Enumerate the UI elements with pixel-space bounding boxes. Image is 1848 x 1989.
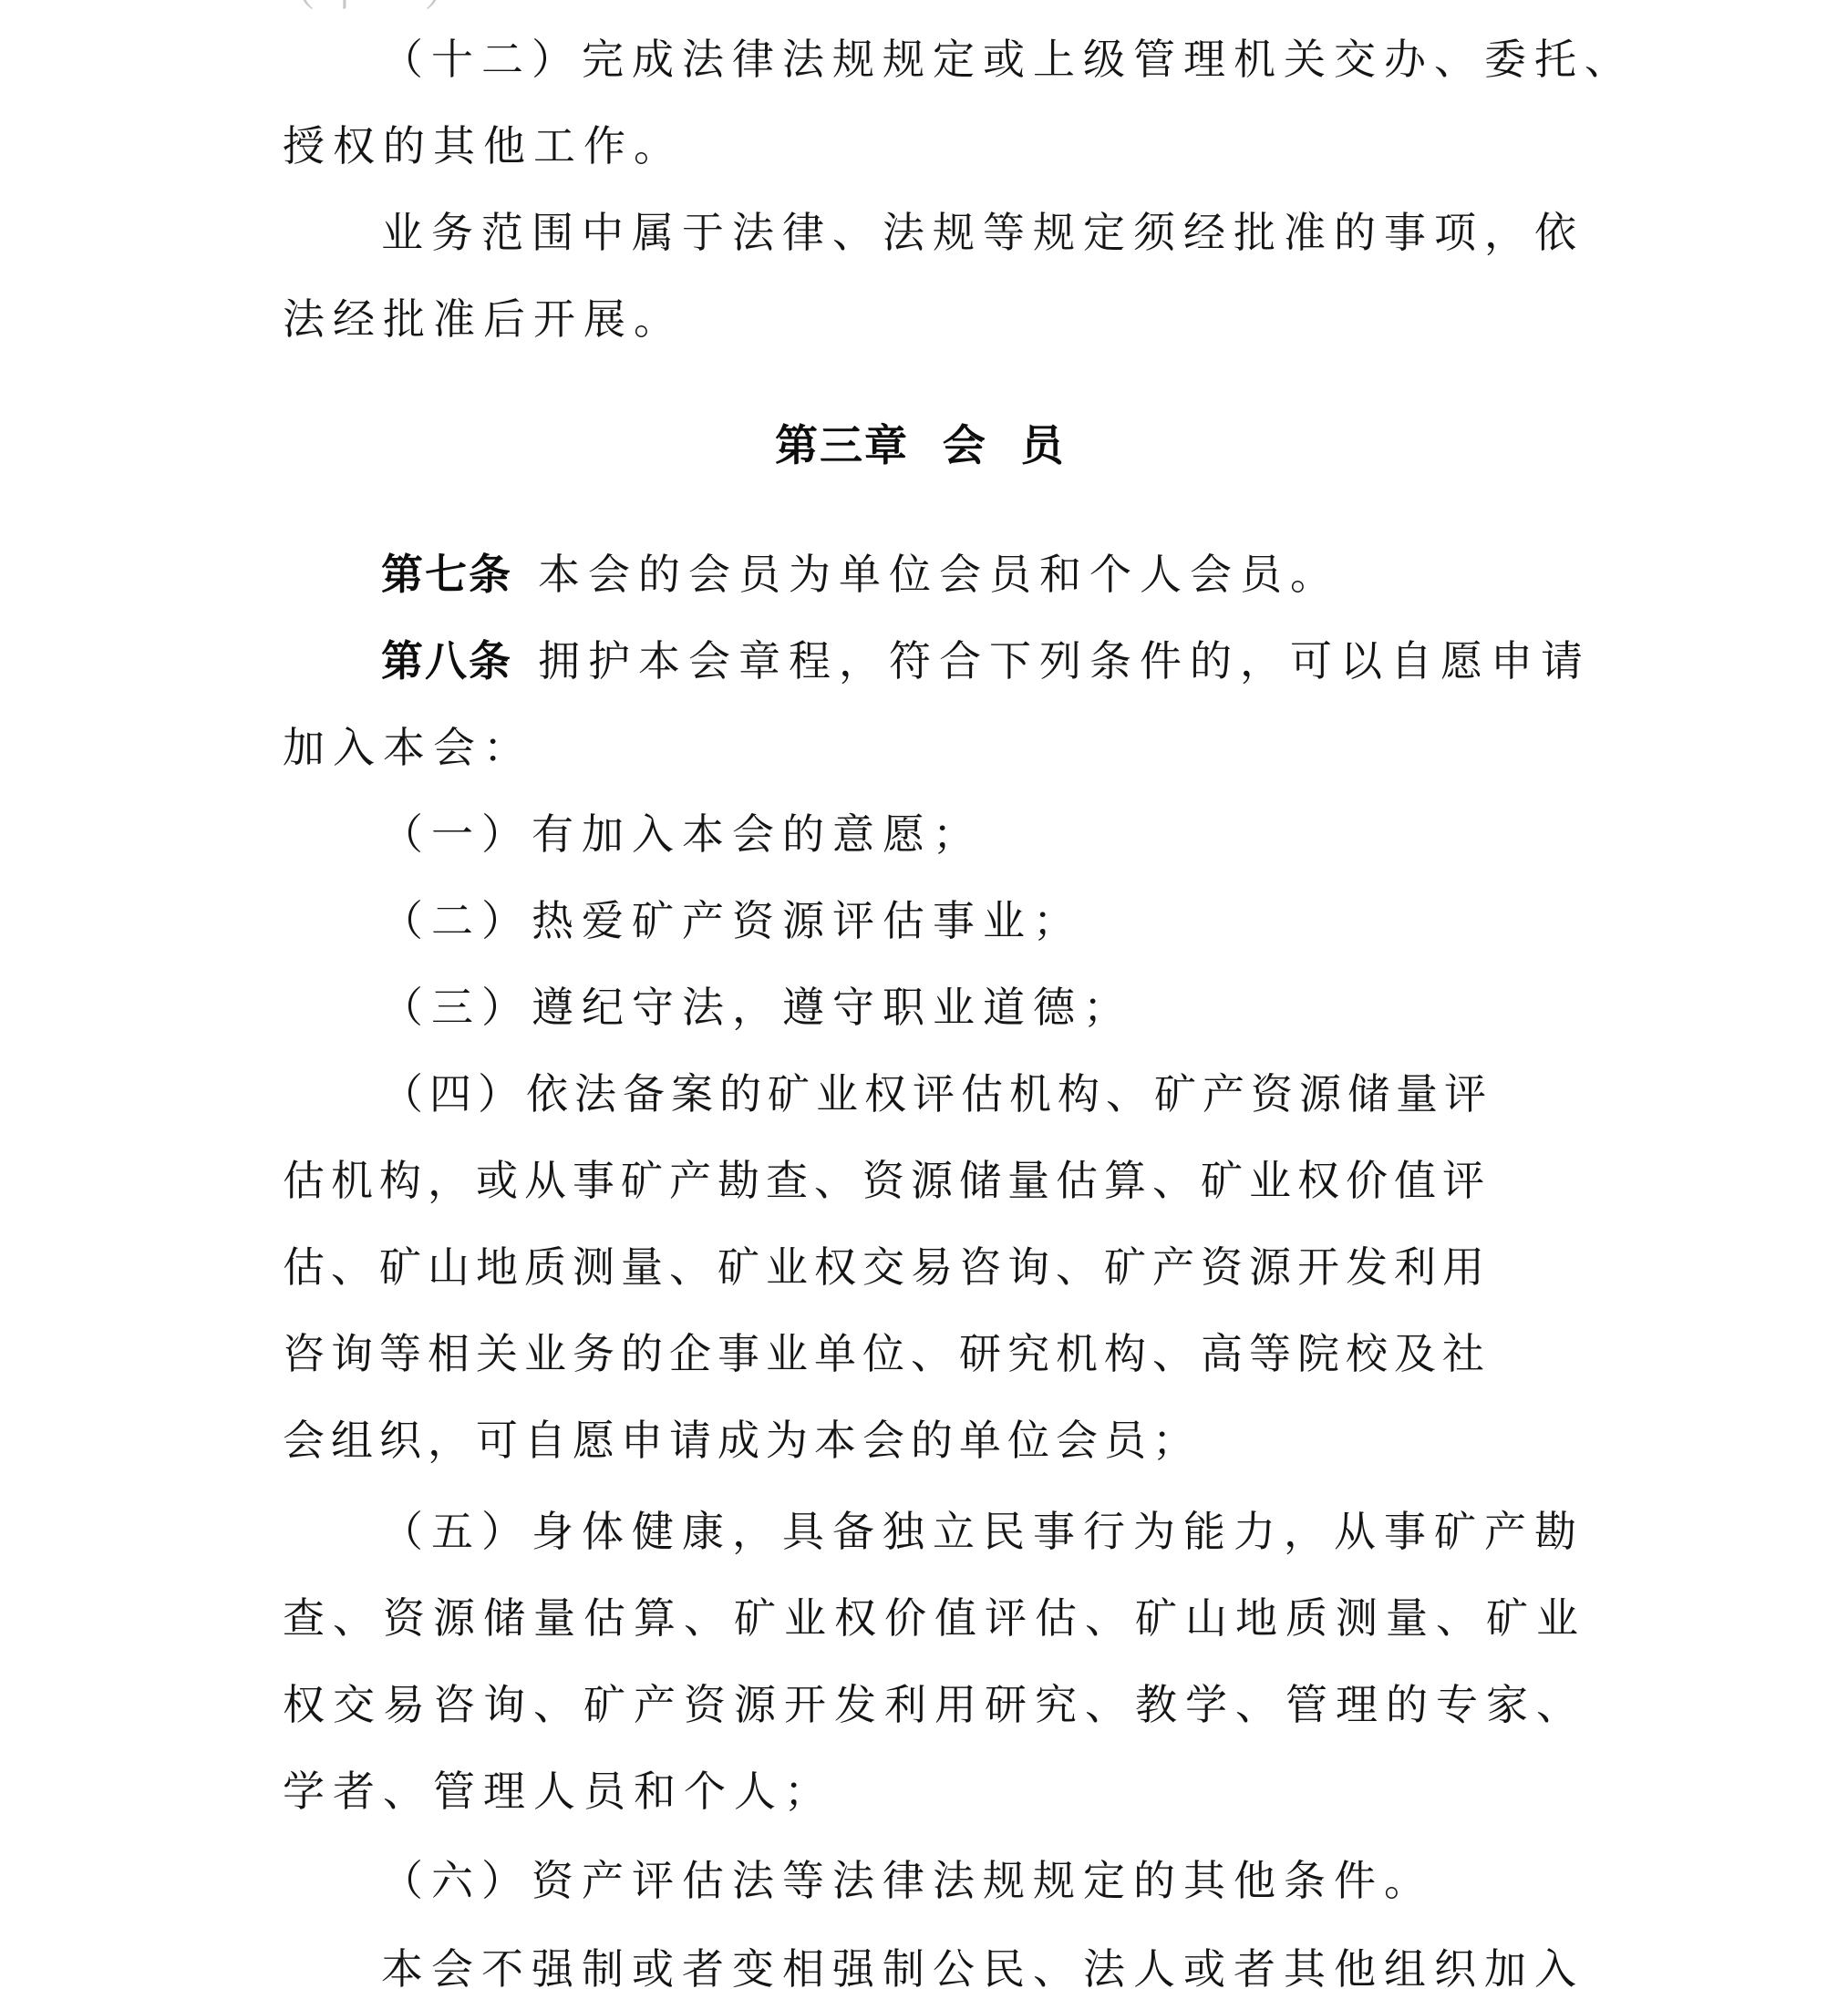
paragraph-line: 业务范围中属于法律、法规等规定须经批准的事项，依 (381, 205, 1585, 260)
article-text: 拥护本会章程，符合下列条件的，可以自愿申请 (538, 636, 1591, 685)
cutoff-previous-line: （十一） (274, 0, 474, 18)
paragraph-line: 授权的其他工作。 (283, 119, 684, 173)
list-item-4-cont: 咨询等相关业务的企事业单位、研究机构、高等院校及社 (283, 1326, 1491, 1381)
list-item-4-cont: 估机构，或从事矿产勘查、资源储量估算、矿业权价值评 (283, 1153, 1491, 1208)
list-item-2: （二）热爱矿产资源评估事业； (381, 893, 1083, 948)
paragraph-line: （十二）完成法律法规规定或上级管理机关交办、委托、 (381, 32, 1635, 87)
list-item-3: （三）遵纪守法，遵守职业道德； (381, 980, 1133, 1035)
list-item-4: （四）依法备案的矿业权评估机构、矿产资源储量评 (381, 1067, 1492, 1121)
list-item-1: （一）有加入本会的意愿； (381, 807, 983, 861)
list-item-4-cont: 估、矿山地质测量、矿业权交易咨询、矿产资源开发利用 (283, 1240, 1491, 1294)
paragraph-line: 法经批准后开展。 (283, 292, 684, 346)
paragraph-line: 加入本会： (283, 720, 533, 775)
list-item-5-cont: 查、资源储量估算、矿业权价值评估、矿山地质测量、矿业 (283, 1591, 1586, 1645)
list-item-4-cont: 会组织，可自愿申请成为本会的单位会员； (283, 1413, 1201, 1468)
list-item-6: （六）资产评估法等法律法规规定的其他条件。 (381, 1853, 1434, 1908)
paragraph-line: 本会不强制或者变相强制公民、法人或者其他组织加入 (381, 1942, 1585, 1989)
list-item-5-cont: 权交易咨询、矿产资源开发利用研究、教学、管理的专家、 (283, 1677, 1586, 1732)
article-text: 本会的会员为单位会员和个人会员。 (538, 550, 1340, 599)
list-item-5: （五）身体健康，具备独立民事行为能力，从事矿产勘 (381, 1504, 1585, 1559)
article-eight: 第八条拥护本会章程，符合下列条件的，可以自愿申请 (381, 634, 1591, 688)
article-label: 第七条 (381, 550, 512, 599)
chapter-heading: 第三章 会 员 (775, 419, 1065, 474)
list-item-5-cont: 学者、管理人员和个人； (283, 1764, 834, 1819)
article-seven: 第七条本会的会员为单位会员和个人会员。 (381, 547, 1340, 602)
document-page: （十一） （十二）完成法律法规规定或上级管理机关交办、委托、 授权的其他工作。 … (0, 0, 1848, 1989)
article-label: 第八条 (381, 636, 512, 685)
